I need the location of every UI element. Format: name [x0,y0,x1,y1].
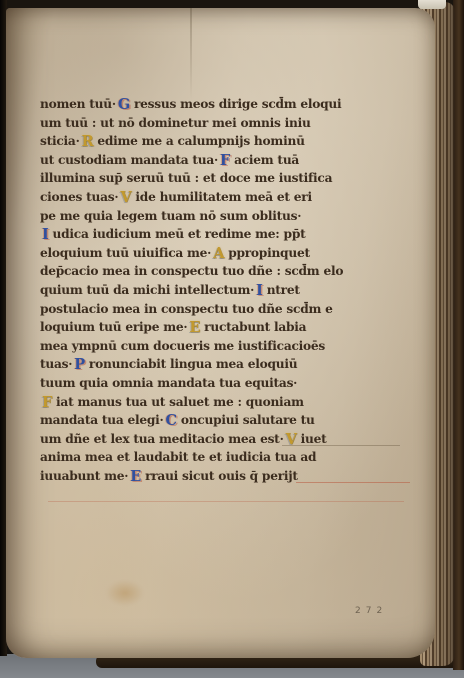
text-line: postulacio mea in conspectu tuo dñe scd̄… [40,300,346,319]
text-segment: edime me a calumpnijs hominū [97,134,304,148]
illuminated-initial-gold: V [119,191,132,206]
text-segment: ide humilitatem meā et eri [135,190,311,204]
text-segment: rraui sicut ouis q̄ perijt [145,469,298,483]
text-segment: iuuabunt me· [40,469,128,483]
text-segment: anima mea et laudabit te et iudicia tua … [40,450,316,464]
text-line: pe me quia legem tuam nō sum oblitus· [40,207,346,226]
text-segment: udica iudicium meū et redime me: pp̄t [53,227,306,241]
text-line: illumina sup̄ seruū tuū : et doce me ius… [40,169,346,188]
illuminated-initial-blue: I [255,284,264,299]
text-segment: eloquium tuū uiuifica me· [40,246,211,260]
text-segment: iuet [301,432,327,446]
illuminated-initial-gold: R [81,135,95,150]
ruling-line [48,501,404,502]
illuminated-initial-gold: A [212,247,225,262]
illuminated-initial-blue: P [73,358,86,373]
text-line: mandata tua elegi·Concupiui salutare tu [40,411,346,430]
text-line: sticia·Redime me a calumpnijs hominū [40,132,346,151]
text-segment: oncupiui salutare tu [181,413,315,427]
illuminated-initial-gold: V [285,433,298,448]
text-segment: ructabunt labia [204,320,306,334]
parchment-stain [106,580,144,606]
paper-slip [418,0,446,9]
text-segment: um tuū : ut nō dominetur mei omnis iniu [40,116,311,130]
illuminated-initial-blue: I [41,228,50,243]
text-segment: tuas· [40,357,72,371]
text-line: ut custodiam mandata tua·Faciem tuā [40,151,346,170]
text-segment: um dñe et lex tua meditacio mea est· [40,432,284,446]
text-line: um tuū : ut nō dominetur mei omnis iniu [40,114,346,133]
parchment-page: nomen tuū·Gressus meos dirige scd̄m eloq… [6,8,435,658]
text-segment: ressus meos dirige scd̄m eloqui [134,97,341,111]
text-segment: sticia· [40,134,80,148]
folio-number: 272 [355,606,387,616]
text-segment: ut custodiam mandata tua· [40,153,218,167]
illuminated-initial-blue: C [165,414,178,429]
text-segment: nomen tuū· [40,97,116,111]
text-line: nomen tuū·Gressus meos dirige scd̄m eloq… [40,95,346,114]
text-segment: postulacio mea in conspectu tuo dñe scd̄… [40,302,333,316]
illuminated-initial-blue: F [219,154,231,169]
text-line: loquium tuū eripe me·Eructabunt labia [40,318,346,337]
text-line: tuum quia omnia mandata tua equitas· [40,374,346,393]
text-line: eloquium tuū uiuifica me·Appropinquet [40,244,346,263]
text-segment: ppropinquet [228,246,310,260]
text-segment: mea ympnū cum docueris me iustificacioēs [40,339,325,353]
text-line: dep̄cacio mea in conspectu tuo dñe : scd… [40,262,346,281]
text-line: Iudica iudicium meū et redime me: pp̄t [40,225,346,244]
text-block: nomen tuū·Gressus meos dirige scd̄m eloq… [40,95,346,485]
text-segment: ntret [267,283,300,297]
text-line: iuuabunt me·Erraui sicut ouis q̄ perijt [40,467,346,486]
parchment-crease [190,8,192,100]
text-segment: iat manus tua ut saluet me : quoniam [56,395,304,409]
text-line: anima mea et laudabit te et iudicia tua … [40,448,346,467]
text-line: ciones tuas·Vide humilitatem meā et eri [40,188,346,207]
text-line: tuas·Pronunciabit lingua mea eloquiū [40,355,346,374]
text-segment: ronunciabit lingua mea eloquiū [89,357,297,371]
text-segment: illumina sup̄ seruū tuū : et doce me ius… [40,171,332,185]
text-segment: dep̄cacio mea in conspectu tuo dñe : scd… [40,264,343,278]
text-line: um dñe et lex tua meditacio mea est·Viue… [40,430,346,449]
text-segment: pe me quia legem tuam nō sum oblitus· [40,209,301,223]
manuscript-photo: nomen tuū·Gressus meos dirige scd̄m eloq… [0,0,464,678]
text-segment: tuum quia omnia mandata tua equitas· [40,376,297,390]
illuminated-initial-gold: E [188,321,201,336]
text-segment: quium tuū da michi intellectum· [40,283,254,297]
text-segment: mandata tua elegi· [40,413,164,427]
text-segment: ciones tuas· [40,190,118,204]
text-line: mea ympnū cum docueris me iustificacioēs [40,337,346,356]
illuminated-initial-blue: E [129,470,142,485]
illuminated-initial-gold: F [41,396,53,411]
text-segment: loquium tuū eripe me· [40,320,187,334]
text-segment: aciem tuā [234,153,299,167]
illuminated-initial-blue: G [117,98,131,113]
text-line: Fiat manus tua ut saluet me : quoniam [40,393,346,412]
text-line: quium tuū da michi intellectum·Intret [40,281,346,300]
